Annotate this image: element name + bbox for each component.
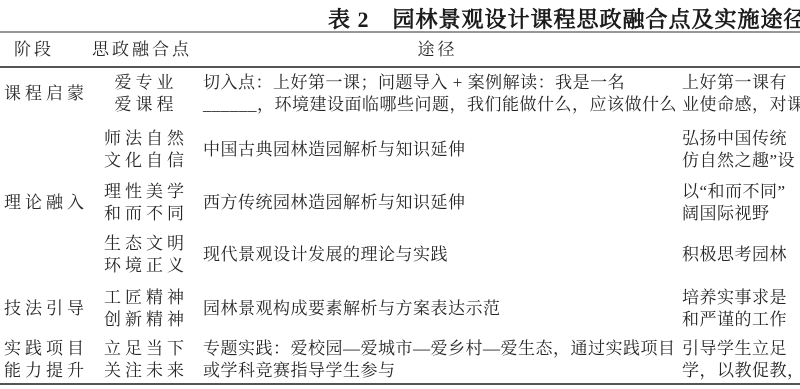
cell-approach: 西方传统园林造园解析与知识延伸 xyxy=(200,177,675,228)
cell-integration: 爱专业 爱课程 xyxy=(92,66,200,122)
cell-outcome: 培养实事求是 和严谨的工作 xyxy=(675,282,800,335)
cell-outcome: 积极思考园林 xyxy=(675,228,800,282)
cell-integration: 生态文明 环境正义 xyxy=(92,228,200,282)
paper-table-page: 表 2 园林景观设计课程思政融合点及实施途径 阶段 思政融合点 途径 课程启蒙 … xyxy=(0,0,800,389)
cell-outcome: 引导学生立足 学，以教促教， xyxy=(675,335,800,384)
cell-integration: 师法自然 文化自信 xyxy=(92,122,200,177)
cell-integration: 立足当下 关注未来 xyxy=(92,335,200,384)
cell-approach: 专题实践：爱校园—爱城市—爱乡村—爱生态，通过实践项目 或学科竞赛指导学生参与 xyxy=(200,335,675,384)
cell-approach: 园林景观构成要素解析与方案表达示范 xyxy=(200,282,675,335)
cell-stage: 技法引导 xyxy=(0,282,92,335)
cell-approach: 现代景观设计发展的理论与实践 xyxy=(200,228,675,282)
header-outcome xyxy=(675,33,800,66)
header-approach: 途径 xyxy=(200,33,675,66)
table-grid: 阶段 思政融合点 途径 课程启蒙 爱专业 爱课程 切入点：上好第一课；问题导入 … xyxy=(0,33,800,384)
cell-integration: 理性美学 和而不同 xyxy=(92,177,200,228)
header-integration: 思政融合点 xyxy=(92,33,200,66)
cell-outcome: 上好第一课有 业使命感，对课 xyxy=(675,66,800,122)
cell-stage: 课程启蒙 xyxy=(0,66,92,122)
table-title: 表 2 园林景观设计课程思政融合点及实施途径 xyxy=(328,3,800,34)
cell-approach: 中国古典园林造园解析与知识延伸 xyxy=(200,122,675,177)
cell-integration: 工匠精神 创新精神 xyxy=(92,282,200,335)
cell-stage: 实践项目 能力提升 xyxy=(0,335,92,384)
cell-outcome: 弘扬中国传统 仿自然之趣”设 xyxy=(675,122,800,177)
cell-stage xyxy=(0,228,92,282)
cell-approach: 切入点：上好第一课；问题导入 + 案例解读：我是一名 ______，环境建设面临… xyxy=(200,66,675,122)
cell-outcome: 以“和而不同” 阔国际视野 xyxy=(675,177,800,228)
cell-stage: 理论融入 xyxy=(0,177,92,228)
cell-stage xyxy=(0,122,92,177)
header-stage: 阶段 xyxy=(0,33,92,66)
